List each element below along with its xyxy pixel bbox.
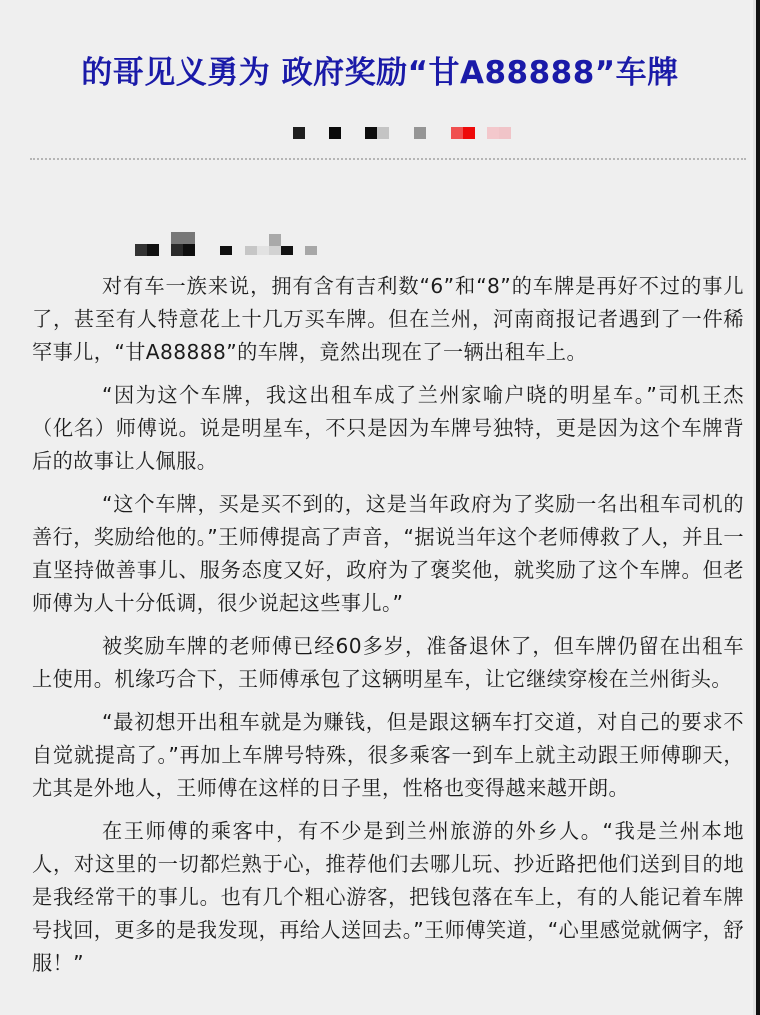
redaction-block xyxy=(220,246,232,255)
redaction-block xyxy=(305,246,317,255)
redaction-block xyxy=(171,232,195,244)
paragraph: 在王师傅的乘客中，有不少是到兰州旅游的外乡人。“我是兰州本地人，对这里的一切都烂… xyxy=(32,815,744,980)
redaction-block xyxy=(293,127,305,139)
redaction-block xyxy=(499,127,511,139)
redaction-block xyxy=(269,246,281,255)
paragraph: “因为这个车牌，我这出租车成了兰州家喻户晓的明星车。”司机王杰（化名）师傅说。说… xyxy=(32,379,744,478)
redaction-block xyxy=(281,246,293,255)
article-title: 的哥见义勇为 政府奖励“甘A88888”车牌 xyxy=(0,47,760,92)
redaction-block xyxy=(487,127,499,139)
redaction-block xyxy=(171,244,183,256)
page-edge-border xyxy=(756,0,760,1015)
redaction-block xyxy=(183,244,195,256)
article-body: 对有车一族来说，拥有含有吉利数“6”和“8”的车牌是再好不过的事儿了，甚至有人特… xyxy=(32,270,744,990)
redaction-block xyxy=(463,127,475,139)
redaction-block xyxy=(147,244,159,256)
redaction-block xyxy=(269,234,281,246)
paragraph: 被奖励车牌的老师傅已经60多岁，准备退休了，但车牌仍留在出租车上使用。机缘巧合下… xyxy=(32,630,744,696)
redaction-block xyxy=(245,246,257,255)
paragraph: “最初想开出租车就是为赚钱，但是跟这辆车打交道，对自己的要求不自觉就提高了。”再… xyxy=(32,706,744,805)
redaction-block xyxy=(414,127,426,139)
paragraph: “这个车牌，买是买不到的，这是当年政府为了奖励一名出租车司机的善行，奖励给他的。… xyxy=(32,488,744,620)
dotted-divider xyxy=(30,158,746,160)
redaction-block xyxy=(135,244,147,256)
redaction-block xyxy=(451,127,463,139)
redaction-block xyxy=(377,127,389,139)
redaction-block xyxy=(365,127,377,139)
paragraph: 对有车一族来说，拥有含有吉利数“6”和“8”的车牌是再好不过的事儿了，甚至有人特… xyxy=(32,270,744,369)
redaction-block xyxy=(329,127,341,139)
redaction-block xyxy=(257,246,269,255)
